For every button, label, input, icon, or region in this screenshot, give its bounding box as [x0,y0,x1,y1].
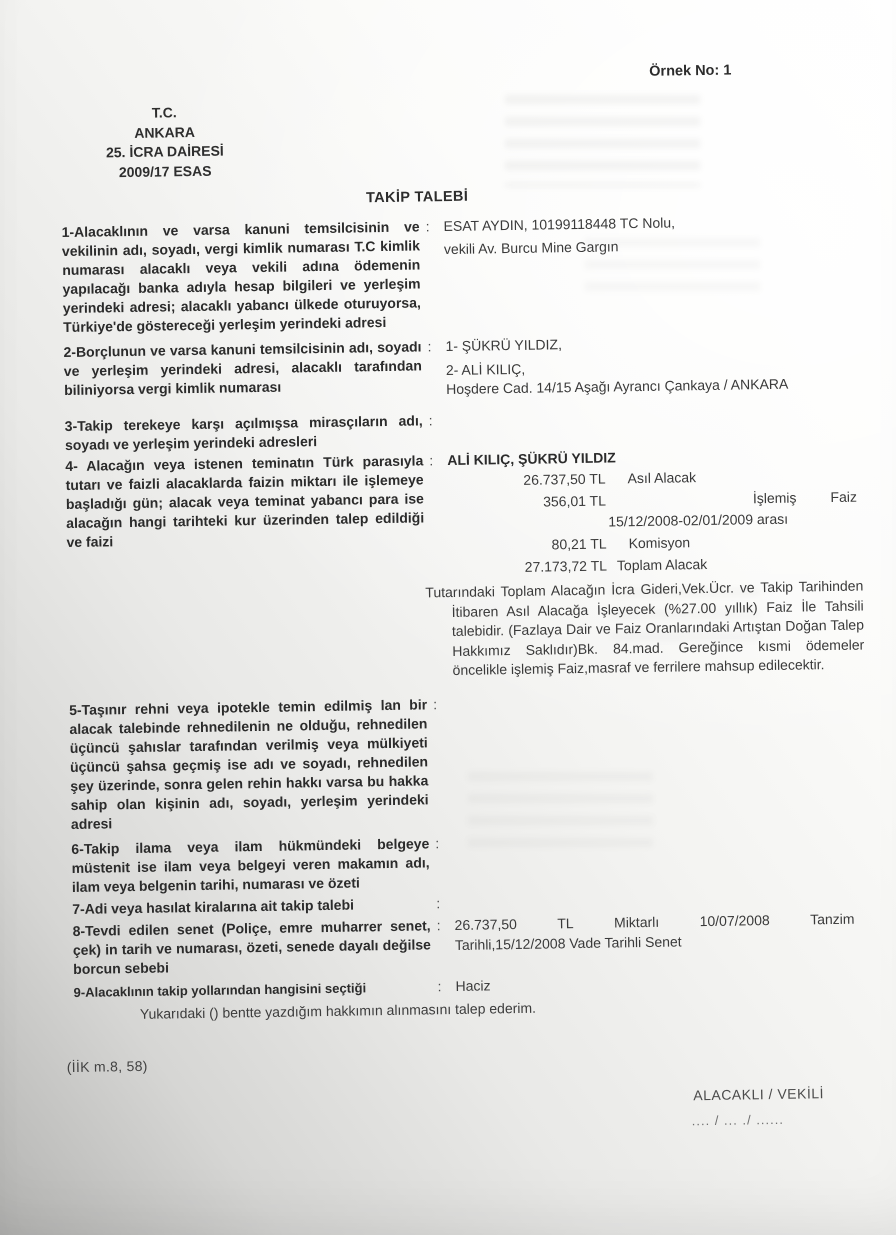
form-row-2: 2-Borçlunun ve varsa kanuni temsilcisini… [63,331,859,405]
claim-note-paragraph: Tutarındaki Toplam Alacağın İcra Gideri,… [451,577,864,681]
law-reference: (İİK m.8, 58) [67,1058,148,1075]
amount-principal-value: 26.737,50 TL [447,469,605,492]
amount-interest-value: 356,01 TL [448,491,606,514]
row9-label: 9-Alacaklının takip yollarından hangisin… [73,977,431,1002]
colon-separator: : [427,695,443,714]
colon-separator: : [421,337,437,356]
note-amount: 26.737,50 [454,914,517,934]
court-header: T.C. ANKARA 25. İCRA DAİRESİ 2009/17 ESA… [57,102,273,183]
colon-separator: : [423,451,439,470]
form-row-5: 5-Taşınır rehni veya ipotekle temin edil… [69,688,866,833]
amount-principal-label: Asıl Alacak [605,467,696,489]
signature-date-dots: .... / ... ./ ...... [692,1112,784,1128]
amount-commission-value: 80,21 TL [448,534,606,557]
form-row-8: 8-Tevdi edilen senet (Poliçe, emre muhar… [72,909,868,978]
row1-label: 1-Alacaklının ve varsa kanuni temsilcisi… [62,217,422,337]
declaration-text: Yukarıdaki () bentte yazdığım hakkımın a… [140,1000,536,1022]
row4-value: ALİ KILIÇ, ŞÜKRÜ YILDIZ 26.737,50 TL Ası… [439,445,862,580]
signature-title: ALACAKLI / VEKİLİ [693,1085,824,1103]
row5-label: 5-Taşınır rehni veya ipotekle temin edil… [69,695,429,834]
row8-label: 8-Tevdi edilen senet (Poliçe, emre muhar… [72,916,431,979]
interest-period: 15/12/2008-02/01/2009 arası [608,508,861,533]
amount-commission-label: Komisyon [606,532,690,554]
court-line-case: 2009/17 ESAS [58,160,273,183]
row1-value: ESAT AYDIN, 10199118448 TC Nolu, vekili … [435,211,857,260]
form-row-1: 1-Alacaklının ve varsa kanuni temsilcisi… [62,211,859,337]
note-currency: TL [557,914,574,933]
document-title: TAKİP TALEBİ [3,183,831,212]
interest-word-2: Faiz [830,487,857,508]
note-issue-date: 10/07/2008 [699,911,769,931]
row2-label: 2-Borçlunun ve varsa kanuni temsilcisini… [63,337,422,400]
note-word: Miktarlı [614,912,659,932]
form-row-6: 6-Takip ilama veya ilam hükmündeki belge… [71,827,867,896]
colon-separator: : [423,411,439,430]
row2-value: 1- ŞÜKRÜ YILDIZ, 2- ALİ KILIÇ, Hoşdere C… [437,331,859,400]
note-word-2: Tanzim [810,909,855,929]
colon-separator: : [419,217,435,236]
amount-interest-label: İşlemiş Faiz [606,487,861,512]
creditor-name: ESAT AYDIN, 10199118448 TC Nolu, [443,211,856,236]
row3-value [439,405,860,412]
row4-label: 4- Alacağın veya istenen teminatın Türk … [65,451,424,552]
amount-total-value: 27.173,72 TL [449,556,607,579]
creditor-attorney: vekili Av. Burcu Mine Gargın [444,234,857,259]
row6-value [445,827,866,834]
interest-word-1: İşlemiş [753,488,797,510]
amount-total-label: Toplam Alacak [607,554,708,577]
form-row-4: 4- Alacağın veya istenen teminatın Türk … [65,445,862,585]
scanned-document-page: Örnek No: 1 T.C. ANKARA 25. İCRA DAİRESİ… [0,0,896,1235]
colon-separator: : [430,894,446,913]
enforcement-method-value: Haciz [447,970,868,996]
row7-label: 7-Adi veya hasılat kiralarına ait takip … [72,894,430,919]
colon-separator: : [429,834,445,853]
colon-separator: : [430,916,446,935]
row3-label: 3-Takip terekeye karşı açılmışsa mirasçı… [65,411,424,455]
form-body: 1-Alacaklının ve varsa kanuni temsilcisi… [62,211,869,1002]
colon-separator: : [431,977,447,996]
document-content: Örnek No: 1 T.C. ANKARA 25. İCRA DAİRESİ… [0,0,896,1235]
form-number: Örnek No: 1 [649,63,731,80]
row6-label: 6-Takip ilama veya ilam hükmündeki belge… [71,834,430,897]
row5-value [443,688,864,695]
row8-value: 26.737,50 TL Miktarlı 10/07/2008 Tanzim … [446,909,868,955]
debtor-1: 1- ŞÜKRÜ YILDIZ, [445,331,858,356]
